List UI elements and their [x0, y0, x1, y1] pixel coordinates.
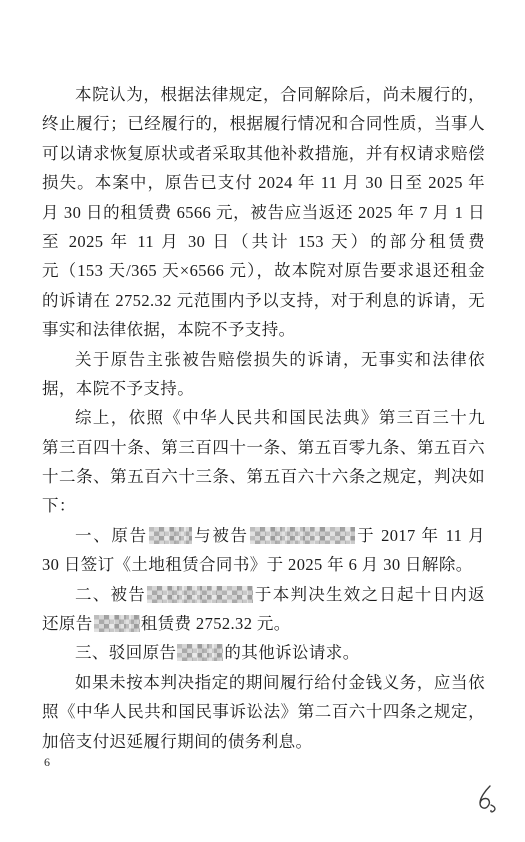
text-run: 还原告	[42, 614, 93, 633]
text-line-court-opinion-refund: 事实和法律依据，本院不予支持。	[42, 315, 485, 344]
text-run: 月 30 日的租赁费 6566 元，被告应当返还 2025 年 7 月 1 日	[42, 203, 485, 222]
text-run: 加倍支付迟延履行期间的债务利息。	[42, 732, 312, 751]
text-line-court-opinion-refund: 可以请求恢复原状或者采取其他补救措施，并有权请求赔偿	[42, 139, 485, 168]
text-run: 关于原告主张被告赔偿损失的诉请，无事实和法律依	[75, 350, 485, 369]
judgment-page: 本院认为，根据法律规定，合同解除后，尚未履行的，终止履行；已经履行的，根据履行情…	[0, 0, 525, 842]
text-line-ruling-item-2: 还原告租赁费 2752.32 元。	[42, 609, 485, 638]
text-line-ruling-item-1: 一、原告与被告于 2017 年 11 月	[42, 521, 485, 550]
text-run: 30 日签订《土地租赁合同书》于 2025 年 6 月 30 日解除。	[42, 555, 473, 574]
text-run: 三、驳回原告	[75, 643, 176, 662]
redacted-name-block	[147, 586, 253, 603]
text-line-late-performance-notice: 如果未按本判决指定的期间履行给付金钱义务，应当依	[42, 668, 485, 697]
text-run: 综上，依照《中华人民共和国民法典》第三百三十九条、	[42, 408, 485, 432]
text-run: 与被告	[193, 526, 249, 545]
text-line-ruling-item-3: 三、驳回原告的其他诉讼请求。	[42, 638, 485, 667]
text-run: 元（153 天/365 天×6566 元），故本院对原告要求退还租金	[42, 261, 485, 280]
text-line-legal-basis: 综上，依照《中华人民共和国民法典》第三百三十九条、	[42, 403, 485, 432]
text-run: 可以请求恢复原状或者采取其他补救措施，并有权请求赔偿	[42, 144, 485, 163]
text-line-court-opinion-refund: 至 2025 年 11 月 30 日（共计 153 天）的部分租赁费 2752.…	[42, 227, 485, 256]
redacted-name-block	[250, 527, 355, 544]
text-line-court-opinion-refund: 的诉请在 2752.32 元范围内予以支持，对于利息的诉请，无	[42, 286, 485, 315]
text-run: 终止履行；已经履行的，根据履行情况和合同性质，当事人	[42, 114, 485, 133]
text-line-court-opinion-refund: 本院认为，根据法律规定，合同解除后，尚未履行的，	[42, 80, 485, 109]
text-run: 于本判决生效之日起十日内返	[254, 585, 485, 604]
text-line-court-opinion-refund: 终止履行；已经履行的，根据履行情况和合同性质，当事人	[42, 109, 485, 138]
judgment-text-body: 本院认为，根据法律规定，合同解除后，尚未履行的，终止履行；已经履行的，根据履行情…	[42, 80, 485, 756]
text-line-court-opinion-refund: 损失。本案中，原告已支付 2024 年 11 月 30 日至 2025 年 11	[42, 168, 485, 197]
text-line-court-opinion-damages: 关于原告主张被告赔偿损失的诉请，无事实和法律依	[42, 345, 485, 374]
text-line-legal-basis: 第三百四十条、第三百四十一条、第五百零九条、第五百六	[42, 433, 485, 462]
text-line-late-performance-notice: 加倍支付迟延履行期间的债务利息。	[42, 727, 485, 756]
text-run: 至 2025 年 11 月 30 日（共计 153 天）的部分租赁费 2752.…	[42, 232, 485, 256]
text-run: 据，本院不予支持。	[42, 379, 194, 398]
text-line-legal-basis: 下：	[42, 491, 485, 520]
text-run: 租赁费 2752.32 元。	[141, 614, 291, 633]
text-line-ruling-item-1: 30 日签订《土地租赁合同书》于 2025 年 6 月 30 日解除。	[42, 550, 485, 579]
text-line-court-opinion-refund: 月 30 日的租赁费 6566 元，被告应当返还 2025 年 7 月 1 日	[42, 198, 485, 227]
redacted-name-block	[149, 527, 192, 544]
text-line-court-opinion-damages: 据，本院不予支持。	[42, 374, 485, 403]
text-run: 于 2017 年 11 月	[356, 526, 485, 545]
text-run: 下：	[42, 496, 76, 515]
text-run: 照《中华人民共和国民事诉讼法》第二百六十四条之规定，	[42, 702, 485, 721]
redacted-name-block	[177, 644, 223, 661]
text-line-legal-basis: 十二条、第五百六十三条、第五百六十六条之规定，判决如	[42, 462, 485, 491]
text-run: 本院认为，根据法律规定，合同解除后，尚未履行的，	[75, 85, 485, 104]
redacted-name-block	[94, 615, 140, 632]
text-run: 如果未按本判决指定的期间履行给付金钱义务，应当依	[75, 673, 485, 692]
text-run: 一、原告	[75, 526, 148, 545]
text-run: 损失。本案中，原告已支付 2024 年 11 月 30 日至 2025 年 11	[42, 173, 485, 197]
text-line-court-opinion-refund: 元（153 天/365 天×6566 元），故本院对原告要求退还租金	[42, 256, 485, 285]
text-run: 二、被告	[75, 585, 146, 604]
text-line-ruling-item-2: 二、被告于本判决生效之日起十日内返	[42, 580, 485, 609]
text-run: 事实和法律依据，本院不予支持。	[42, 320, 296, 339]
text-run: 的诉请在 2752.32 元范围内予以支持，对于利息的诉请，无	[42, 291, 485, 310]
text-run: 的其他诉讼请求。	[224, 643, 359, 662]
text-run: 第三百四十条、第三百四十一条、第五百零九条、第五百六	[42, 438, 485, 457]
text-line-late-performance-notice: 照《中华人民共和国民事诉讼法》第二百六十四条之规定，	[42, 697, 485, 726]
page-number: 6	[44, 755, 50, 770]
text-run: 十二条、第五百六十三条、第五百六十六条之规定，判决如	[42, 467, 485, 486]
handwritten-scribble-mark	[470, 784, 504, 818]
